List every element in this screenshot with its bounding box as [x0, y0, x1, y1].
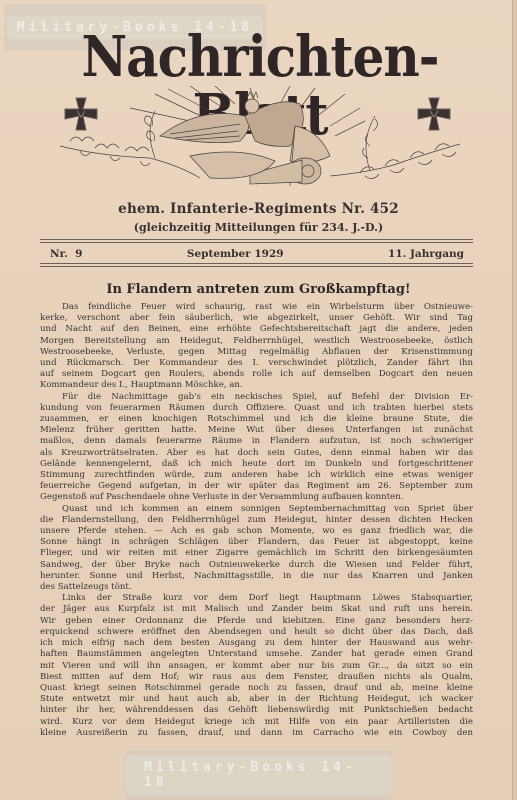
article-line: kleine Ausreißerin zu fassen, drauf, und… [40, 728, 473, 739]
article-line: Für die Nachmittage gab's ein neckisches… [40, 392, 473, 403]
article-line: unsere Pferde stehen. — Ach es gab schon… [40, 526, 473, 537]
article-line: Das feindliche Feuer wird schaurig, rast… [40, 302, 473, 313]
divider-rule [40, 266, 473, 267]
masthead-illustration [40, 86, 480, 196]
regiment-subtitle: ehem. Infanterie-Regiments Nr. 452 [0, 201, 517, 217]
article-line: feuerreiche Gegend aufgetan, in der wir … [40, 481, 473, 492]
article-line: Flieger, und wir reiten mit einer Zigarr… [40, 548, 473, 559]
article-line: herunter. Sonne und Herbst, Nachmittagss… [40, 571, 473, 582]
article-line: wird. Kurz vor dem Heidegut kriege ich m… [40, 717, 473, 728]
article-line: Morgen Bereitstellung am Heidegut, Feldh… [40, 336, 473, 347]
divider-rule [40, 242, 473, 243]
newsletter-page: Military-Books 14-18 Nachrichten-Blatt [0, 0, 517, 800]
issue-date: September 1929 [187, 248, 284, 260]
article-line: erquickend schwere eröffnet den Abendseg… [40, 627, 473, 638]
article-line: Gelände kennengelernt, daß ich mich heut… [40, 459, 473, 470]
article-line: Wir geben einer Ordonnanz die Pferde und… [40, 616, 473, 627]
article-line: hinter ihr her, währenddessen das Gehöft… [40, 705, 473, 716]
issue-info-bar: Nr. 9 September 1929 11. Jahrgang [50, 246, 464, 262]
article-line: Biest mitten auf dem Hof; wir raus aus d… [40, 672, 473, 683]
eagle-flag-illustration-icon [40, 86, 480, 196]
article-line: und Nacht auf den Beinen, eine erhöhte G… [40, 324, 473, 335]
article-line: die Flandernstellung, den Feldherrnhügel… [40, 515, 473, 526]
article-body: Das feindliche Feuer wird schaurig, rast… [40, 302, 473, 739]
article-line: Links der Straße kurz vor dem Dorf liegt… [40, 593, 473, 604]
article-paragraph: Für die Nachmittage gab's ein neckisches… [40, 392, 473, 504]
page-edge [513, 0, 517, 800]
article-line: mit Vieren und will ihn ansagen, er komm… [40, 661, 473, 672]
article-line: ich mich eifrig nach dem besten Ausgang … [40, 638, 473, 649]
article-line: haften Baumstämmen angelegten Unterstand… [40, 649, 473, 660]
division-subtitle: (gleichzeitig Mitteilungen für 234. J.-D… [0, 221, 517, 234]
article-line: Sandweg, der über Bryke nach Ostnieuweke… [40, 560, 473, 571]
article-paragraph: Das feindliche Feuer wird schaurig, rast… [40, 302, 473, 392]
iron-cross-icon [416, 96, 452, 132]
article-line: und Rückmarsch. Der Kommandeur des I. ve… [40, 358, 473, 369]
article-line: maßlos, denn damals feuerarme Räume in F… [40, 436, 473, 447]
article-paragraph: Links der Straße kurz vor dem Dorf liegt… [40, 593, 473, 739]
iron-cross-icon [63, 96, 99, 132]
article-line: kerke, verschont aber fein säuberlich, w… [40, 313, 473, 324]
article-line: auf seinem Dogcart gen Roulers, abends r… [40, 369, 473, 380]
watermark-bottom: Military-Books 14-18 [126, 750, 392, 800]
watermark-text: Military-Books 14-18 [126, 755, 392, 795]
article-line: Mielenz früher geritten hatte. Meine Wut… [40, 425, 473, 436]
page-edge-line [512, 0, 513, 800]
article-line: der Jäger aus Kurpfalz ist mit Malisch u… [40, 604, 473, 615]
article-line: Westroosebeeke, Verluste, gegen Mittag r… [40, 347, 473, 358]
issue-volume: 11. Jahrgang [388, 248, 464, 260]
divider-rule [40, 263, 473, 264]
article-line: kundung von feuerarmen Räumen durch Offi… [40, 403, 473, 414]
article-line: zusammen, er einen knochigen Rotschimmel… [40, 414, 473, 425]
article-line: Stimmung zurechtfinden würde, zum andere… [40, 470, 473, 481]
article-headline: In Flandern antreten zum Großkampftag! [0, 282, 517, 297]
divider-rule [40, 239, 473, 240]
article-line: Quast und ich kommen an einem sonnigen S… [40, 504, 473, 515]
article-line: Kommandeur des I., Hauptmann Möschke, an… [40, 380, 473, 391]
article-line: des Sattelzeugs tönt. [40, 582, 473, 593]
article-line: Sonne hängt in schrägen Schlägen über Fl… [40, 537, 473, 548]
article-line: Stute entwetzt mir und haut auch ab, abe… [40, 694, 473, 705]
article-line: Quast kriegt seinen Rotschimmel gerade n… [40, 683, 473, 694]
article-line: Gegenstoß auf Paschendaele ohne Verluste… [40, 492, 473, 503]
article-paragraph: Quast und ich kommen an einem sonnigen S… [40, 504, 473, 594]
issue-number: Nr. 9 [50, 248, 82, 260]
article-line: als Kreuzworträtselraten. Aber es hat do… [40, 448, 473, 459]
